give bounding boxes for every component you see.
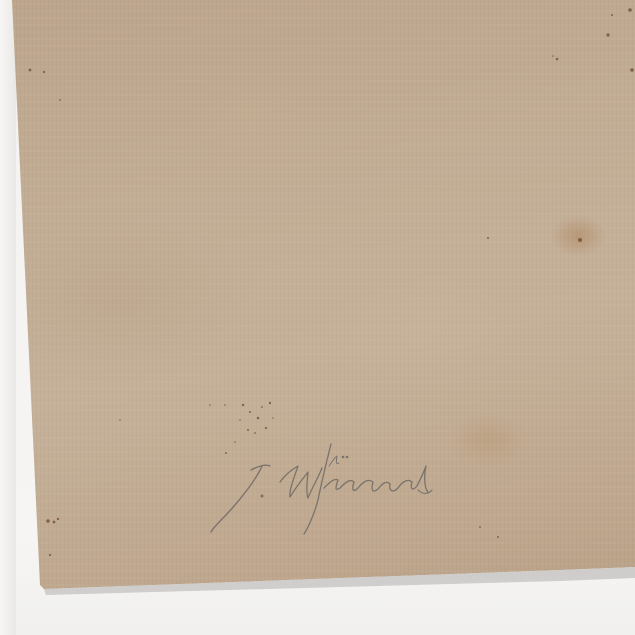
stains-and-signature (0, 0, 635, 635)
pencil-signature (211, 444, 432, 534)
foxing-spots (29, 8, 634, 556)
speckle-cluster (209, 402, 274, 454)
